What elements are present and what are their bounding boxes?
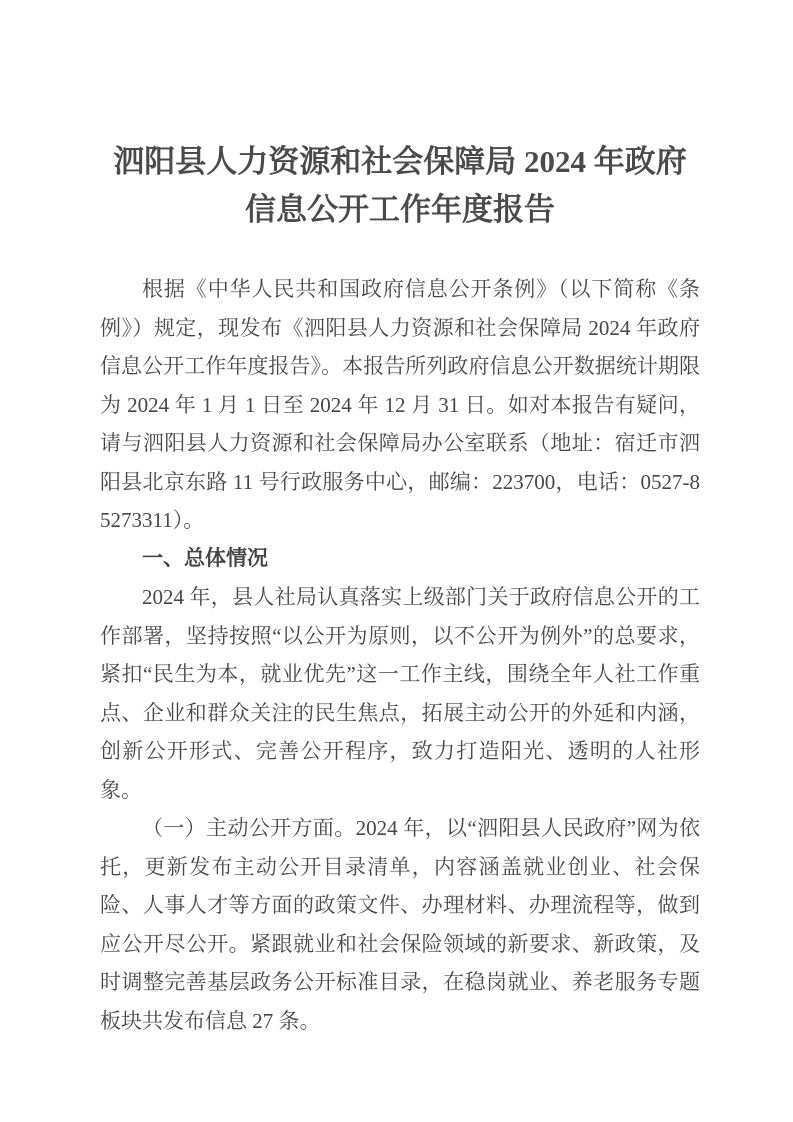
overview-paragraph: 2024 年，县人社局认真落实上级部门关于政府信息公开的工作部署，坚持按照“以公… bbox=[100, 578, 700, 809]
document-page: 泗阳县人力资源和社会保障局 2024 年政府 信息公开工作年度报告 根据《中华人… bbox=[0, 0, 793, 1122]
intro-paragraph: 根据《中华人民共和国政府信息公开条例》（以下简称《条例》）规定，现发布《泗阳县人… bbox=[100, 270, 700, 540]
document-title-line-2: 信息公开工作年度报告 bbox=[100, 186, 700, 234]
section-heading-overview: 一、总体情况 bbox=[100, 540, 700, 579]
proactive-disclosure-paragraph: （一）主动公开方面。2024 年，以“泗阳县人民政府”网为依托，更新发布主动公开… bbox=[100, 809, 700, 1040]
document-title: 泗阳县人力资源和社会保障局 2024 年政府 信息公开工作年度报告 bbox=[100, 138, 700, 234]
document-title-line-1: 泗阳县人力资源和社会保障局 2024 年政府 bbox=[100, 138, 700, 186]
